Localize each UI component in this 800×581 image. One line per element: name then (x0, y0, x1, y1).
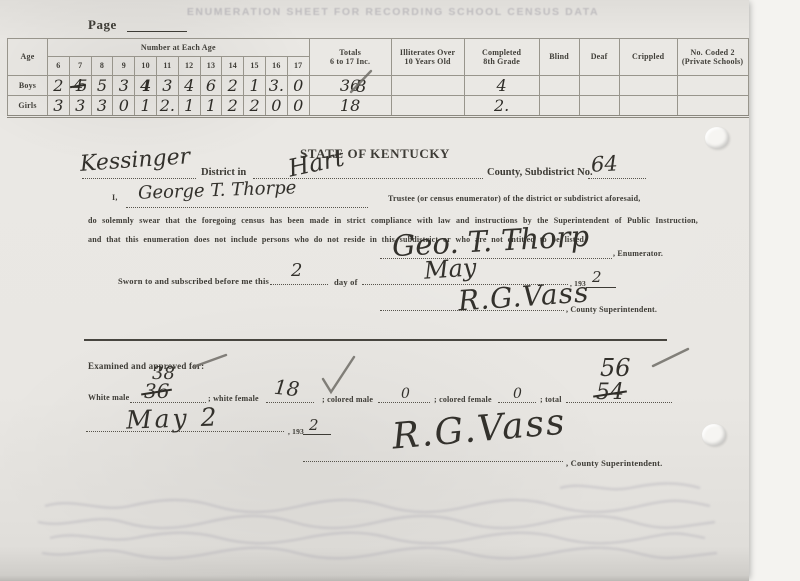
boys-deaf (579, 76, 619, 96)
punch-hole-bottom (702, 424, 726, 446)
white-female-value: 18 (273, 377, 300, 400)
approval-year-prefix: , 193 (288, 427, 304, 436)
total-struck-value: 54 (596, 382, 624, 404)
girls-row-label: Girls (8, 96, 48, 117)
age-col-14: 14 (222, 57, 244, 76)
year-underline (586, 287, 616, 288)
subdistrict-blank-line (588, 178, 646, 179)
girls-age-13: 1 (200, 96, 222, 117)
no-coded-header-line1: No. Coded 2 (678, 48, 748, 57)
boys-illiterates (391, 76, 464, 96)
age-col-16: 16 (265, 57, 287, 76)
boys-age-17: 0 (287, 76, 309, 96)
boys-age-6: 2 (48, 76, 70, 96)
colored-male-line (378, 402, 430, 403)
boys-row-label: Boys (8, 76, 48, 96)
name-blank-line (126, 207, 368, 208)
illiterates-header-line1: Illiterates Over (392, 48, 464, 57)
boys-age-7-struck: 4 (73, 76, 83, 95)
number-at-each-age-header: Number at Each Age (48, 39, 310, 57)
boys-age-12: 4 (178, 76, 200, 96)
white-female-line (266, 402, 314, 403)
totals-header-line1: Totals (310, 48, 391, 57)
boys-age-10: 4 (135, 76, 157, 96)
age-col-6: 6 (48, 57, 70, 76)
boys-coded (677, 76, 748, 96)
girls-age-10: 1 (135, 96, 157, 117)
girls-age-14: 2 (222, 96, 244, 117)
superintendent-line-upper (380, 310, 564, 311)
girls-age-8: 3 (91, 96, 113, 117)
boys-age-16: 3. (265, 76, 287, 96)
girls-age-11: 2. (156, 96, 178, 117)
colored-male-value: 0 (401, 387, 410, 401)
sworn-label: Sworn to and subscribed before me this (118, 276, 269, 286)
deaf-header: Deaf (579, 39, 619, 76)
girls-age-12: 1 (178, 96, 200, 117)
boys-completed-8th: 4 (464, 76, 539, 96)
colored-female-value: 0 (513, 387, 522, 401)
boys-blind (539, 76, 579, 96)
girls-age-7: 3 (69, 96, 91, 117)
boys-total: 368 (309, 76, 391, 96)
age-col-8: 8 (91, 57, 113, 76)
colored-female-label: ; colored female (434, 395, 492, 404)
girls-age-17: 0 (287, 96, 309, 117)
white-male-label: White male (88, 393, 129, 402)
white-male-struck-value: 36 (144, 381, 169, 401)
boys-age-9: 3 (113, 76, 135, 96)
girls-blind (539, 96, 579, 117)
white-male-struck: 36 (144, 381, 169, 401)
girls-completed-8th: 2. (464, 96, 539, 117)
sworn-month-handwritten: May (423, 255, 477, 283)
girls-coded (677, 96, 748, 117)
age-col-10: 10 (135, 57, 157, 76)
superintendent-label-lower: , County Superintendent. (566, 458, 662, 468)
boys-total-correction: 8 (356, 77, 367, 97)
completed-8th-header: Completed 8th Grade (464, 39, 539, 76)
sworn-day-handwritten: 2 (291, 262, 302, 280)
girls-deaf (579, 96, 619, 117)
no-coded-header: No. Coded 2 (Private Schools) (677, 39, 748, 76)
enumerator-label: , Enumerator. (613, 249, 663, 258)
total-corrected: 56 (600, 356, 631, 380)
boys-age-13: 6 (200, 76, 222, 96)
girls-total: 18 (309, 96, 391, 117)
page-label: Page (88, 17, 117, 33)
age-col-17: 17 (287, 57, 309, 76)
age-column-header: Age (8, 39, 48, 76)
age-col-9: 9 (113, 57, 135, 76)
age-col-12: 12 (178, 57, 200, 76)
sworn-year-digit-handwritten: 2 (592, 270, 602, 285)
scanned-census-form: ENUMERATION SHEET FOR RECORDING SCHOOL C… (0, 0, 800, 581)
census-summary-table: Age Number at Each Age Totals 6 to 17 In… (7, 38, 749, 118)
enumerator-signature-line (380, 258, 612, 259)
girls-age-15: 2 (244, 96, 266, 117)
boys-age-11: 3 (156, 76, 178, 96)
page-blank-line (127, 31, 187, 32)
girls-row: Girls 3 3 3 0 1 2. 1 1 2 2 0 0 18 2. (8, 96, 749, 117)
county-subdistrict-label: County, Subdistrict No. (487, 167, 593, 178)
approval-year-underline (303, 434, 331, 435)
age-col-7: 7 (69, 57, 91, 76)
boys-age-15: 1 (244, 76, 266, 96)
state-title: STATE OF KENTUCKY (230, 146, 520, 162)
no-coded-header-line2: (Private Schools) (678, 57, 748, 66)
girls-illiterates (391, 96, 464, 117)
girls-age-9: 0 (113, 96, 135, 117)
totals-header-line2: 6 to 17 Inc. (310, 57, 391, 66)
boys-age-7: 45 (69, 76, 91, 96)
ghost-bleedthrough-title: ENUMERATION SHEET FOR RECORDING SCHOOL C… (128, 6, 658, 18)
punch-hole-top (705, 127, 729, 149)
district-blank-line (82, 178, 196, 179)
boys-age-8: 5 (91, 76, 113, 96)
examined-label: Examined and approved for: (88, 361, 204, 371)
girls-age-6: 3 (48, 96, 70, 117)
trustee-line: Trustee (or census enumerator) of the di… (388, 194, 700, 203)
sworn-day-line (270, 284, 328, 285)
completed-header-line2: 8th Grade (465, 57, 539, 66)
age-col-13: 13 (200, 57, 222, 76)
colored-female-line (498, 402, 536, 403)
totals-header: Totals 6 to 17 Inc. (309, 39, 391, 76)
illiterates-header-line2: 10 Years Old (392, 57, 464, 66)
blind-header: Blind (539, 39, 579, 76)
boys-age-14: 2 (222, 76, 244, 96)
age-col-15: 15 (244, 57, 266, 76)
subdistrict-number-handwritten: 64 (590, 153, 618, 175)
i-label: I, (112, 193, 118, 202)
colored-male-label: ; colored male (322, 395, 373, 404)
superintendent-label-upper: , County Superintendent. (566, 305, 657, 314)
completed-header-line1: Completed (465, 48, 539, 57)
section-divider-rule (84, 339, 667, 341)
district-in-label: District in (201, 167, 246, 178)
girls-crippled (619, 96, 677, 117)
approval-date-handwritten: May 2 (126, 404, 220, 432)
approval-year-digit: 2 (309, 418, 319, 433)
boys-row: Boys 2 45 5 3 4 3 4 6 2 1 3. 0 368 4 (8, 76, 749, 96)
day-of-label: day of (334, 277, 358, 287)
illiterates-header: Illiterates Over 10 Years Old (391, 39, 464, 76)
boys-crippled (619, 76, 677, 96)
crippled-header: Crippled (619, 39, 677, 76)
superintendent-line-lower (303, 461, 563, 462)
girls-age-16: 0 (265, 96, 287, 117)
total-struck: 54 (596, 382, 624, 404)
age-col-11: 11 (156, 57, 178, 76)
